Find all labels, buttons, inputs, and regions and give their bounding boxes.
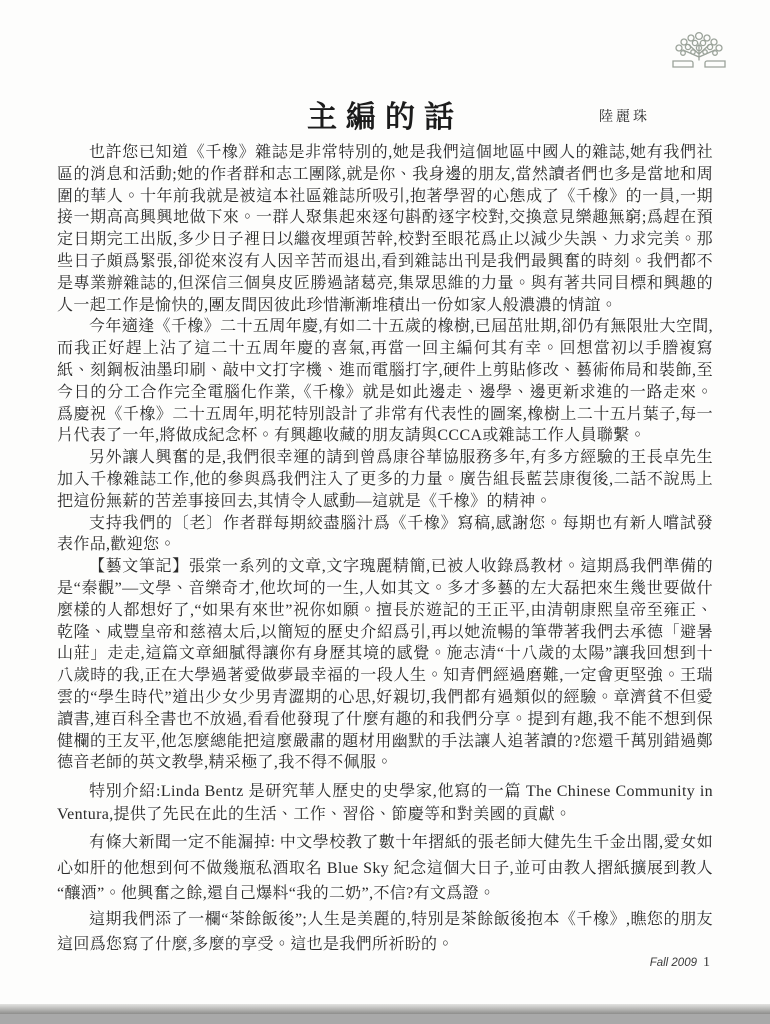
page-title: 主編的話 <box>307 92 463 136</box>
body-paragraph: 另外讓人興奮的是,我們很幸運的請到曾爲康谷華協服務多年,有多方經驗的王長卓先生加… <box>57 447 713 512</box>
body-paragraph: 這期我們添了一欄“茶餘飯後”;人生是美麗的,特別是茶餘飯後抱本《千橡》,瞧您的朋… <box>57 907 713 958</box>
page-footer: Fall 20091 <box>650 953 710 971</box>
body-paragraph: 有條大新聞一定不能漏掉: 中文學校教了數十年摺紙的張老師大健先生千金出閣,愛女如… <box>57 830 713 907</box>
body-paragraph: 也許您已知道《千橡》雜誌是非常特別的,她是我們這個地區中國人的雜誌,她有我們社區… <box>57 142 713 316</box>
body-paragraph: 【藝文筆記】張棠一系列的文章,文字瑰麗精簡,已被人收錄爲教材。這期爲我們準備的是… <box>57 556 713 774</box>
author-name: 陸麗珠 <box>599 106 650 126</box>
page-number: 1 <box>703 955 710 970</box>
body-paragraph: 今年適逢《千橡》二十五周年慶,有如二十五歲的橡樹,已屆茁壯期,卻仍有無限壯大空間… <box>57 316 713 447</box>
issue-label: Fall 2009 <box>650 957 697 969</box>
scan-edge <box>0 1004 770 1014</box>
title-row: 主編的話 陸麗珠 <box>0 0 770 136</box>
article-body: 也許您已知道《千橡》雜誌是非常特別的,她是我們這個地區中國人的雜誌,她有我們社區… <box>57 142 713 958</box>
body-paragraph: 特別介紹:Linda Bentz 是研究華人歷史的史學家,他寫的一篇 The C… <box>57 781 713 826</box>
body-paragraph: 支持我們的〔老〕作者群每期絞盡腦汁爲《千橡》寫稿,感謝您。每期也有新人嚐試發表作… <box>57 513 713 557</box>
magazine-page: 主編的話 陸麗珠 也許您已知道《千橡》雜誌是非常特別的,她是我們這個地區中國人的… <box>0 0 770 1014</box>
